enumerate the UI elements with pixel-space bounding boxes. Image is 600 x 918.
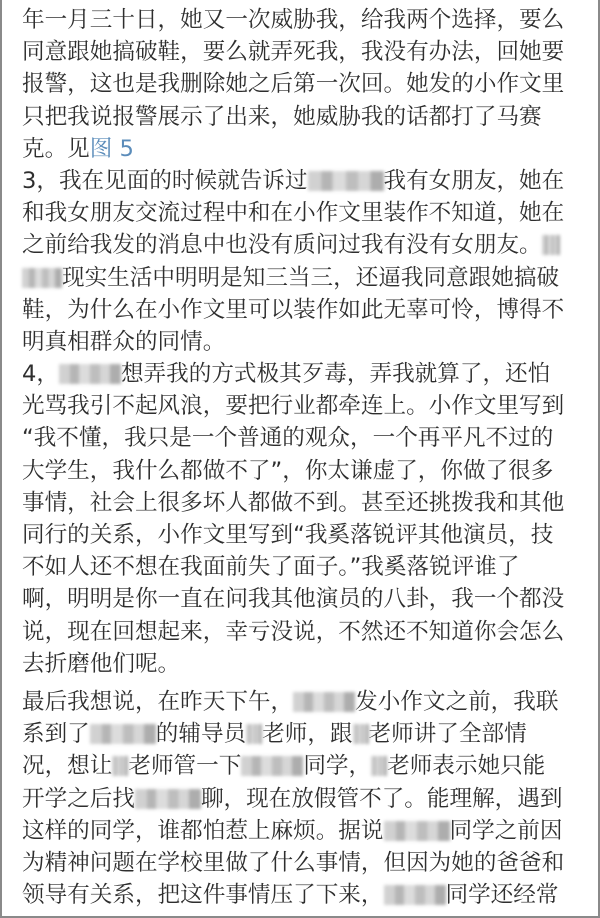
text-segment: 光骂我引不起风浪，要把行业都牵连上。小作文里写到 bbox=[22, 393, 564, 419]
redacted-name bbox=[241, 756, 303, 776]
text-line: 大学生，我什么都做不了”，你太谦虚了，你做了很多 bbox=[22, 455, 574, 487]
text-line: 事情，社会上很多坏人都做不到。甚至还挑拨我和其他 bbox=[22, 487, 574, 519]
text-segment: 3，我在见面的时候就告诉过 bbox=[22, 168, 308, 194]
redacted-name bbox=[308, 171, 384, 191]
redacted-name bbox=[112, 756, 128, 776]
text-segment: 同学， bbox=[303, 753, 371, 779]
text-segment: 事情，社会上很多坏人都做不到。甚至还挑拨我和其他 bbox=[22, 490, 564, 516]
text-segment: 最后我想说，在昨天下午， bbox=[22, 689, 293, 715]
text-line: 鞋，为什么在小作文里可以装作如此无辜可怜，博得不 bbox=[22, 294, 574, 326]
text-line: 最后我想说，在昨天下午，发小作文之前，我联 bbox=[22, 686, 574, 718]
text-segment: 4， bbox=[22, 361, 59, 387]
text-line: 现实生活中明明是知三当三，还逼我同意跟她搞破 bbox=[22, 262, 574, 294]
redacted-name bbox=[384, 885, 446, 905]
paragraph-threat: 年一月三十日，她又一次威胁我，给我两个选择，要么 同意跟她搞破鞋，要么就弄死我，… bbox=[22, 4, 574, 165]
text-segment: 现实生活中明明是知三当三，还逼我同意跟她搞破 bbox=[62, 265, 559, 291]
text-segment: 同行的关系，小作文里写到“我奚落锐评其他演员，技 bbox=[22, 522, 553, 548]
text-line: 为精神问题在学校里做了什么事情，但因为她的爸爸和 bbox=[22, 847, 574, 879]
text-segment: 领导有关系，把这件事情压了下来， bbox=[22, 882, 384, 908]
text-segment: 为精神问题在学校里做了什么事情，但因为她的爸爸和 bbox=[22, 850, 564, 876]
redacted-name bbox=[135, 789, 201, 809]
text-segment: 之前给我发的消息中也没有质问过我有没有女朋友。 bbox=[22, 232, 542, 258]
text-line: 系到了的辅导员老师，跟老师讲了全部情 bbox=[22, 718, 574, 750]
text-line: 光骂我引不起风浪，要把行业都牵连上。小作文里写到 bbox=[22, 390, 574, 422]
text-segment: 不如人还不想在我面前失了面子。”我奚落锐评谁了 bbox=[22, 554, 519, 580]
text-line: 同意跟她搞破鞋，要么就弄死我，我没有办法，回她要 bbox=[22, 36, 574, 68]
text-segment: 老师讲了全部情 bbox=[369, 721, 527, 747]
text-segment: 说，现在回想起来，幸亏没说，不然还不知道你会怎么 bbox=[22, 619, 564, 645]
paragraph-point-3: 3，我在见面的时候就告诉过我有女朋友，她在 和我女朋友交流过程中和在小作文里装作… bbox=[22, 165, 574, 358]
text-line: 领导有关系，把这件事情压了下来，同学还经常 bbox=[22, 879, 574, 911]
redacted-name bbox=[353, 724, 369, 744]
text-line: 年一月三十日，她又一次威胁我，给我两个选择，要么 bbox=[22, 4, 574, 36]
document-frame: 年一月三十日，她又一次威胁我，给我两个选择，要么 同意跟她搞破鞋，要么就弄死我，… bbox=[0, 0, 600, 918]
text-segment: 年一月三十日，她又一次威胁我，给我两个选择，要么 bbox=[22, 7, 564, 33]
text-line: “我不懂，我只是一个普通的观众，一个再平凡不过的 bbox=[22, 422, 574, 454]
text-line: 报警，这也是我删除她之后第一次回。她发的小作文里 bbox=[22, 68, 574, 100]
text-line: 4，想弄我的方式极其歹毒，弄我就算了，还怕 bbox=[22, 358, 574, 390]
text-segment: 想弄我的方式极其歹毒，弄我就算了，还怕 bbox=[121, 361, 550, 387]
redacted-name bbox=[371, 756, 387, 776]
text-segment: 我有女朋友，她在 bbox=[384, 168, 565, 194]
text-line: 只把我说报警展示了出来，她威胁我的话都打了马赛 bbox=[22, 101, 574, 133]
text-segment: 同意跟她搞破鞋，要么就弄死我，我没有办法，回她要 bbox=[22, 39, 564, 65]
text-segment: 去折磨他们呢。 bbox=[22, 651, 180, 677]
redacted-name bbox=[542, 235, 560, 255]
redacted-name bbox=[384, 821, 450, 841]
text-segment: 况，想让 bbox=[22, 753, 112, 779]
text-line: 3，我在见面的时候就告诉过我有女朋友，她在 bbox=[22, 165, 574, 197]
text-segment: 和我女朋友交流过程中和在小作文里装作不知道，她在 bbox=[22, 200, 564, 226]
text-line: 说，现在回想起来，幸亏没说，不然还不知道你会怎么 bbox=[22, 616, 574, 648]
text-line: 克。见图 5 bbox=[22, 133, 574, 165]
text-line: 同行的关系，小作文里写到“我奚落锐评其他演员，技 bbox=[22, 519, 574, 551]
redacted-name bbox=[246, 724, 262, 744]
text-segment: 明真相群众的同情。 bbox=[22, 329, 225, 355]
text-line: 不如人还不想在我面前失了面子。”我奚落锐评谁了 bbox=[22, 551, 574, 583]
text-line: 况，想让老师管一下同学，老师表示她只能 bbox=[22, 750, 574, 782]
redacted-name bbox=[293, 692, 355, 712]
text-line: 啊，明明是你一直在问我其他演员的八卦，我一个都没 bbox=[22, 583, 574, 615]
text-line: 去折磨他们呢。 bbox=[22, 648, 574, 680]
text-segment: 开学之后找 bbox=[22, 786, 135, 812]
text-line: 之前给我发的消息中也没有质问过我有没有女朋友。 bbox=[22, 229, 574, 261]
text-line: 这样的同学，谁都怕惹上麻烦。据说同学之前因 bbox=[22, 815, 574, 847]
text-segment: 同学还经常 bbox=[446, 882, 559, 908]
text-segment: 克。见 bbox=[22, 136, 90, 162]
text-segment: 老师管一下 bbox=[128, 753, 241, 779]
text-segment: 报警，这也是我删除她之后第一次回。她发的小作文里 bbox=[22, 71, 564, 97]
text-line: 明真相群众的同情。 bbox=[22, 326, 574, 358]
post-body: 年一月三十日，她又一次威胁我，给我两个选择，要么 同意跟她搞破鞋，要么就弄死我，… bbox=[22, 4, 574, 911]
text-segment: 只把我说报警展示了出来，她威胁我的话都打了马赛 bbox=[22, 104, 542, 130]
redacted-name bbox=[90, 724, 156, 744]
paragraph-point-4: 4，想弄我的方式极其歹毒，弄我就算了，还怕 光骂我引不起风浪，要把行业都牵连上。… bbox=[22, 358, 574, 680]
text-segment: 同学之前因 bbox=[450, 818, 563, 844]
text-segment: 聊，现在放假管不了。能理解，遇到 bbox=[201, 786, 563, 812]
text-segment: 发小作文之前，我联 bbox=[355, 689, 558, 715]
text-line: 和我女朋友交流过程中和在小作文里装作不知道，她在 bbox=[22, 197, 574, 229]
text-segment: 系到了 bbox=[22, 721, 90, 747]
text-line: 开学之后找聊，现在放假管不了。能理解，遇到 bbox=[22, 783, 574, 815]
text-segment: 啊，明明是你一直在问我其他演员的八卦，我一个都没 bbox=[22, 586, 564, 612]
text-segment: 老师，跟 bbox=[262, 721, 352, 747]
paragraph-conclusion: 最后我想说，在昨天下午，发小作文之前，我联 系到了的辅导员老师，跟老师讲了全部情… bbox=[22, 686, 574, 911]
text-segment: 的辅导员 bbox=[156, 721, 246, 747]
figure-5-link[interactable]: 图 5 bbox=[90, 136, 134, 162]
text-segment: 老师表示她只能 bbox=[387, 753, 545, 779]
text-segment: 大学生，我什么都做不了”，你太谦虚了，你做了很多 bbox=[22, 458, 553, 484]
text-segment: “我不懂，我只是一个普通的观众，一个再平凡不过的 bbox=[22, 425, 553, 451]
text-segment: 鞋，为什么在小作文里可以装作如此无辜可怜，博得不 bbox=[22, 297, 564, 323]
redacted-name bbox=[59, 364, 121, 384]
text-segment: 这样的同学，谁都怕惹上麻烦。据说 bbox=[22, 818, 384, 844]
redacted-name bbox=[22, 268, 62, 288]
